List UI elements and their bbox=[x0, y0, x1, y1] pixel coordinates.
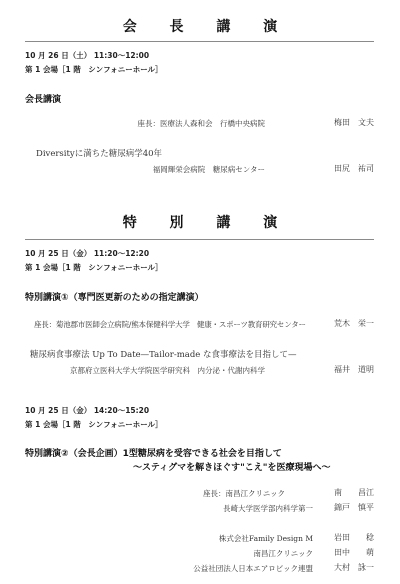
lecture-title: 糖尿病食事療法 Up To Date—Tailor-made な食事療法を目指し… bbox=[30, 348, 297, 360]
speaker-name: 福井 道明 bbox=[334, 364, 374, 375]
speaker-affiliation: 公益社団法人日本エアロビック連盟 bbox=[193, 563, 313, 574]
speaker-name: 田中 萌 bbox=[334, 547, 374, 558]
session-title: 特別講演①（専門医更新のための指定講演） bbox=[25, 290, 204, 303]
speaker-name: 田尻 祐司 bbox=[334, 163, 374, 174]
session-title: 特別講演②（会長企画）1型糖尿病を受容できる社会を目指して bbox=[25, 446, 282, 459]
chair-affiliation: 座長：医療法人森和会 行橋中央病院 bbox=[138, 118, 266, 129]
speaker-affiliation: 福岡輝栄会病院 糖尿病センター bbox=[153, 164, 265, 175]
chair-affiliation: 長崎大学医学部内科学第一 bbox=[223, 503, 313, 514]
session-venue: 第 1 会場［1 階 シンフォニーホール］ bbox=[25, 419, 163, 430]
session-title: 会長講演 bbox=[25, 92, 61, 105]
session-date: 10 月 25 日（金） 11:20〜12:20 bbox=[25, 248, 149, 259]
session-subtitle: 〜スティグマを解きほぐす"こえ"を医療現場へ〜 bbox=[133, 460, 330, 473]
chair-name: 梅田 文夫 bbox=[334, 117, 374, 128]
chair-name: 南 昌江 bbox=[334, 487, 374, 498]
speaker-name: 岩田 稔 bbox=[334, 532, 374, 543]
chair-affiliation: 座長：南昌江クリニック bbox=[203, 488, 285, 499]
session-venue: 第 1 会場［1 階 シンフォニーホール］ bbox=[25, 64, 163, 75]
section-divider bbox=[25, 41, 374, 42]
chair-name: 荒木 栄一 bbox=[334, 318, 374, 329]
session-date: 10 月 25 日（金） 14:20〜15:20 bbox=[25, 405, 149, 416]
chair-name: 錦戸 慎平 bbox=[334, 502, 374, 513]
section-title-special: 特 別 講 演 bbox=[0, 212, 400, 232]
speaker-name: 大村 詠一 bbox=[334, 562, 374, 573]
session-date: 10 月 26 日（土） 11:30〜12:00 bbox=[25, 50, 149, 61]
session-venue: 第 1 会場［1 階 シンフォニーホール］ bbox=[25, 262, 163, 273]
speaker-affiliation: 南昌江クリニック bbox=[253, 548, 313, 559]
section-divider bbox=[25, 239, 374, 240]
speaker-affiliation: 株式会社Family Design M bbox=[219, 533, 313, 544]
lecture-title: Diversityに満ちた糖尿病学40年 bbox=[36, 147, 162, 159]
section-title-presidential: 会 長 講 演 bbox=[0, 16, 400, 36]
chair-affiliation: 座長：菊池郡市医師会立病院/熊本保健科学大学 健康・スポーツ教育研究センター bbox=[34, 319, 306, 330]
speaker-affiliation: 京都府立医科大学大学院医学研究科 内分泌・代謝内科学 bbox=[70, 365, 265, 376]
